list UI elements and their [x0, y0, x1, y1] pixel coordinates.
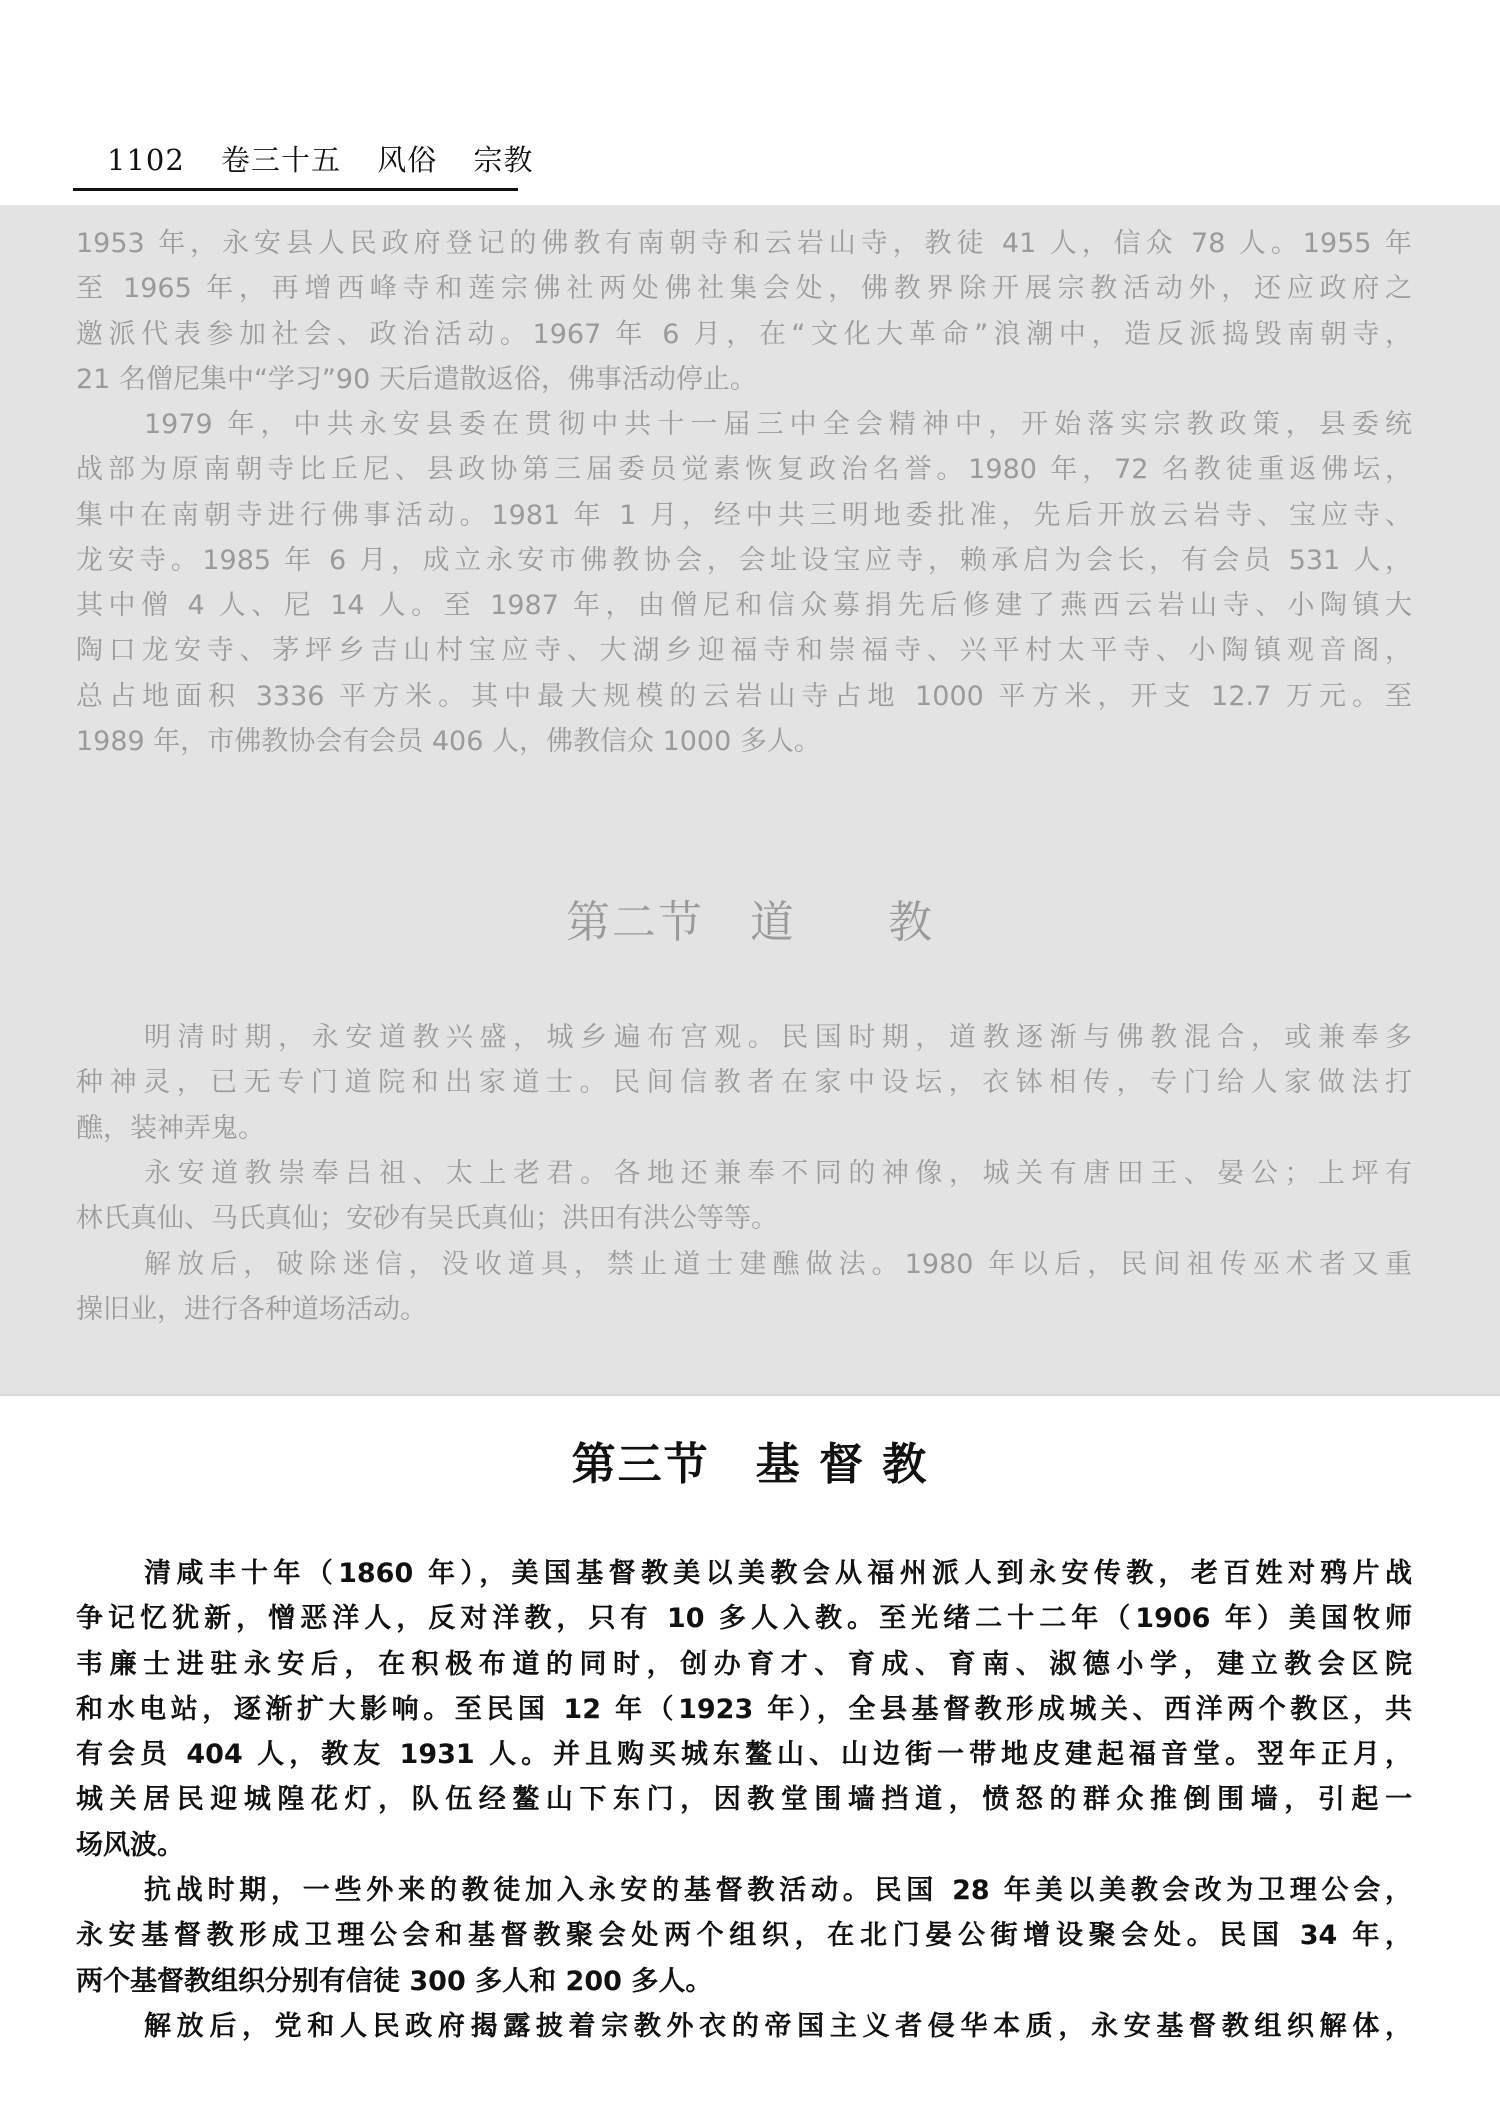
text-line: 至 1965 年，再增西峰寺和莲宗佛社两处佛社集会处，佛教界除开展宗教活动外，还… [76, 266, 1412, 311]
text-line: 城关居民迎城隍花灯，队伍经鳌山下东门，因教堂围墙挡道，愤怒的群众推倒围墙，引起一 [76, 1777, 1412, 1822]
text-line: 明清时期，永安道教兴盛，城乡遍布宫观。民国时期，道教逐渐与佛教混合，或兼奉多 [76, 1015, 1412, 1060]
text-line: 1979 年，中共永安县委在贯彻中共十一届三中全会精神中，开始落实宗教政策，县委… [76, 402, 1412, 447]
text-line: 永安基督教形成卫理公会和基督教聚会处两个组织，在北门晏公街增设聚会处。民国 34… [76, 1913, 1412, 1958]
text-line: 1989 年，市佛教协会有会员 406 人，佛教信众 1000 多人。 [76, 719, 1412, 764]
text-line: 永安道教崇奉吕祖、太上老君。各地还兼奉不同的神像，城关有唐田王、晏公；上坪有 [76, 1151, 1412, 1196]
header-rule [73, 188, 518, 191]
buddhism-paragraph-2: 1979 年，中共永安县委在贯彻中共十一届三中全会精神中，开始落实宗教政策，县委… [76, 402, 1412, 764]
text-line: 陶口龙安寺、茅坪乡吉山村宝应寺、大湖乡迎福寺和崇福寺、兴平村太平寺、小陶镇观音阁… [76, 628, 1412, 673]
text-line: 和水电站，逐渐扩大影响。至民国 12 年（1923 年），全县基督教形成城关、西… [76, 1687, 1412, 1732]
text-line: 龙安寺。1985 年 6 月，成立永安市佛教协会，会址设宝应寺，赖承启为会长，有… [76, 538, 1412, 583]
topic-label: 宗教 [474, 143, 534, 177]
text-line: 醮，装神弄鬼。 [76, 1106, 1412, 1151]
chapter-label: 风俗 [377, 143, 437, 177]
text-line: 种神灵，已无专门道院和出家道士。民间信教者在家中设坛，衣钵相传，专门给人家做法打 [76, 1060, 1412, 1105]
text-line: 集中在南朝寺进行佛事活动。1981 年 1 月，经中共三明地委批准，先后开放云岩… [76, 493, 1412, 538]
text-line: 争记忆犹新，憎恶洋人，反对洋教，只有 10 多人入教。至光绪二十二年（1906 … [76, 1596, 1412, 1641]
taoism-paragraph-3: 解放后，破除迷信，没收道具，禁止道士建醮做法。1980 年以后，民间祖传巫术者又… [76, 1242, 1412, 1333]
text-line: 有会员 404 人，教友 1931 人。并且购买城东鳌山、山边街一带地皮建起福音… [76, 1732, 1412, 1777]
text-line: 1953 年，永安县人民政府登记的佛教有南朝寺和云岩山寺，教徒 41 人，信众 … [76, 221, 1412, 266]
taoism-paragraph-2: 永安道教崇奉吕祖、太上老君。各地还兼奉不同的神像，城关有唐田王、晏公；上坪有 林… [76, 1151, 1412, 1242]
text-line: 邀派代表参加社会、政治活动。1967 年 6 月，在“文化大革命”浪潮中，造反派… [76, 312, 1412, 357]
text-line: 清咸丰十年（1860 年），美国基督教美以美教会从福州派人到永安传教，老百姓对鸦… [76, 1551, 1412, 1596]
text-line: 两个基督教组织分别有信徒 300 多人和 200 多人。 [76, 1959, 1412, 2004]
text-line: 战部为原南朝寺比丘尼、县政协第三届委员觉素恢复政治名誉。1980 年，72 名教… [76, 447, 1412, 492]
section-title-christianity: 第三节 基 督 教 [0, 1428, 1500, 1492]
christianity-paragraph-2: 抗战时期，一些外来的教徒加入永安的基督教活动。民国 28 年美以美教会改为卫理公… [76, 1868, 1412, 2004]
volume-label: 卷三十五 [221, 143, 341, 177]
taoism-paragraph-1: 明清时期，永安道教兴盛，城乡遍布宫观。民国时期，道教逐渐与佛教混合，或兼奉多 种… [76, 1015, 1412, 1151]
text-line: 其中僧 4 人、尼 14 人。至 1987 年，由僧尼和信众募捐先后修建了燕西云… [76, 583, 1412, 628]
christianity-paragraph-3: 解放后，党和人民政府揭露披着宗教外衣的帝国主义者侵华本质，永安基督教组织解体， [76, 2004, 1412, 2049]
text-line: 林氏真仙、马氏真仙；安砂有吴氏真仙；洪田有洪公等等。 [76, 1196, 1412, 1241]
text-line: 总占地面积 3336 平方米。其中最大规模的云岩山寺占地 1000 平方米，开支… [76, 674, 1412, 719]
text-line: 解放后，破除迷信，没收道具，禁止道士建醮做法。1980 年以后，民间祖传巫术者又… [76, 1242, 1412, 1287]
running-head: 1102 卷三十五 风俗 宗教 [107, 138, 560, 179]
text-line: 操旧业，进行各种道场活动。 [76, 1287, 1412, 1332]
text-line: 21 名僧尼集中“学习”90 天后遣散返俗，佛事活动停止。 [76, 357, 1412, 402]
page-number: 1102 [107, 143, 185, 177]
section-title-taoism: 第二节 道 教 [0, 886, 1500, 950]
text-line: 解放后，党和人民政府揭露披着宗教外衣的帝国主义者侵华本质，永安基督教组织解体， [76, 2004, 1412, 2049]
buddhism-paragraph-1: 1953 年，永安县人民政府登记的佛教有南朝寺和云岩山寺，教徒 41 人，信众 … [76, 221, 1412, 402]
text-line: 抗战时期，一些外来的教徒加入永安的基督教活动。民国 28 年美以美教会改为卫理公… [76, 1868, 1412, 1913]
text-line: 场风波。 [76, 1823, 1412, 1868]
text-line: 韦廉士进驻永安后，在积极布道的同时，创办育才、育成、育南、淑德小学，建立教会区院 [76, 1642, 1412, 1687]
christianity-paragraph-1: 清咸丰十年（1860 年），美国基督教美以美教会从福州派人到永安传教，老百姓对鸦… [76, 1551, 1412, 1868]
